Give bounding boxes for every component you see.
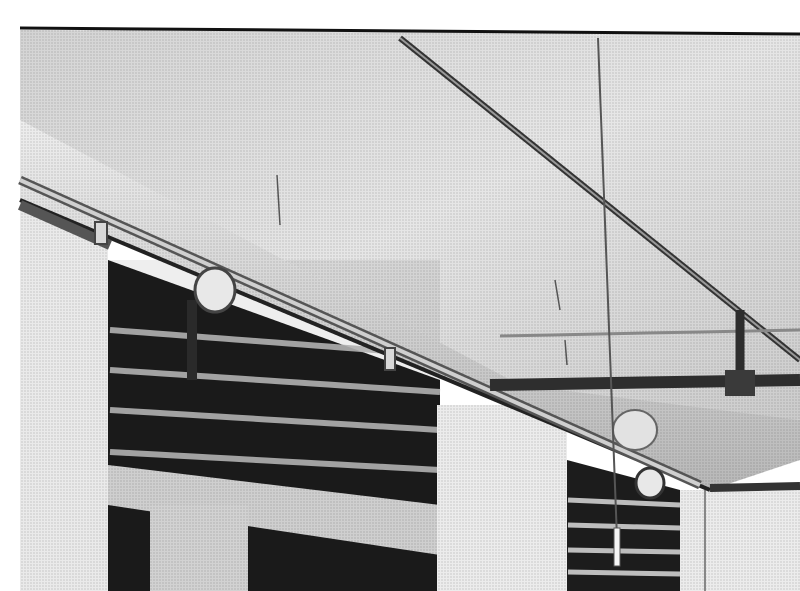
dark-opening-left xyxy=(108,260,440,591)
ceiling-photo xyxy=(0,0,800,591)
center-pillar xyxy=(437,405,567,591)
right-wall xyxy=(680,490,800,591)
